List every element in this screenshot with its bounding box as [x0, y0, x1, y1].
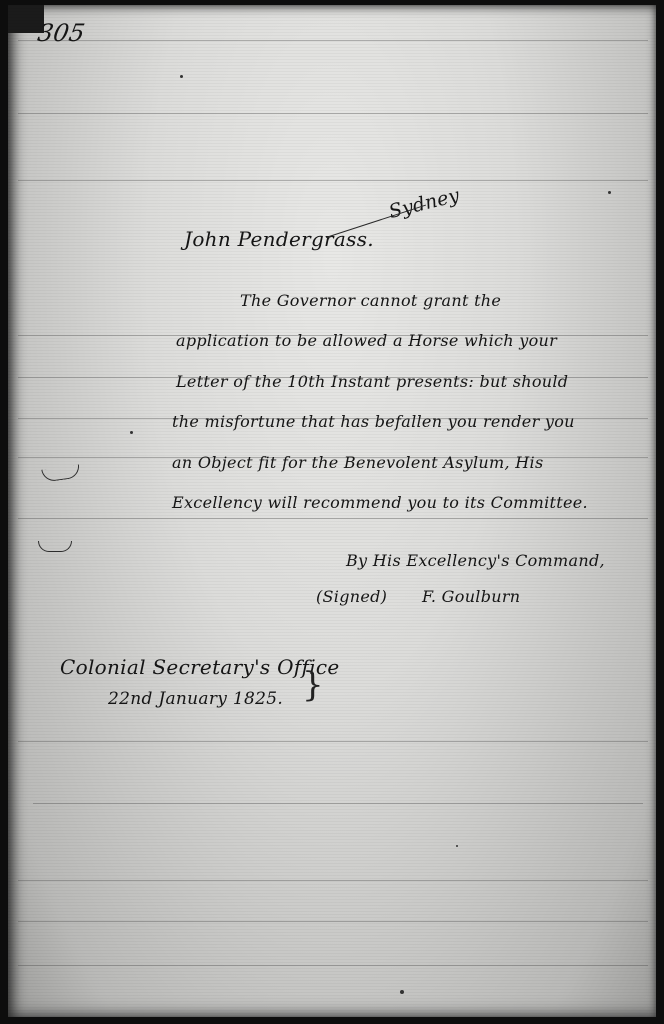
- ink-speck: [456, 845, 458, 847]
- folio-number: 305: [36, 19, 88, 47]
- closing-command: By His Excellency's Command,: [346, 551, 605, 570]
- ruled-line: [18, 965, 648, 966]
- ruled-line: [18, 113, 648, 114]
- body-line-3: Letter of the 10th Instant presents: but…: [176, 372, 568, 391]
- body-line-2: application to be allowed a Horse which …: [176, 331, 557, 350]
- ink-speck: [130, 431, 133, 434]
- body-line-5: an Object fit for the Benevolent Asylum,…: [172, 453, 543, 472]
- location-annotation: Sydney: [387, 184, 462, 223]
- manuscript-page: 305 John Pendergrass. Sydney The Governo…: [8, 5, 656, 1017]
- body-line-6: Excellency will recommend you to its Com…: [172, 493, 588, 512]
- office-name: Colonial Secretary's Office: [60, 655, 340, 679]
- brace-mark: }: [302, 665, 324, 705]
- body-line-1: The Governor cannot grant the: [240, 291, 501, 310]
- signatory: F. Goulburn: [422, 587, 520, 606]
- location-underline: [326, 205, 426, 238]
- ruled-line: [18, 741, 648, 742]
- ink-speck: [608, 191, 611, 194]
- margin-mark: [41, 464, 80, 482]
- body-line-4: the misfortune that has befallen you ren…: [172, 412, 575, 431]
- scan-frame: 305 John Pendergrass. Sydney The Governo…: [0, 0, 664, 1024]
- ruled-line: [18, 40, 648, 41]
- ruled-line: [18, 180, 648, 181]
- ruled-line: [33, 803, 643, 804]
- ruled-line: [18, 880, 648, 881]
- signed-label: (Signed): [316, 587, 387, 606]
- ink-speck: [400, 990, 404, 994]
- ruled-line: [18, 518, 648, 519]
- ink-speck: [180, 75, 183, 78]
- letter-date: 22nd January 1825.: [108, 689, 283, 709]
- margin-mark: [38, 541, 72, 552]
- ruled-line: [18, 921, 648, 922]
